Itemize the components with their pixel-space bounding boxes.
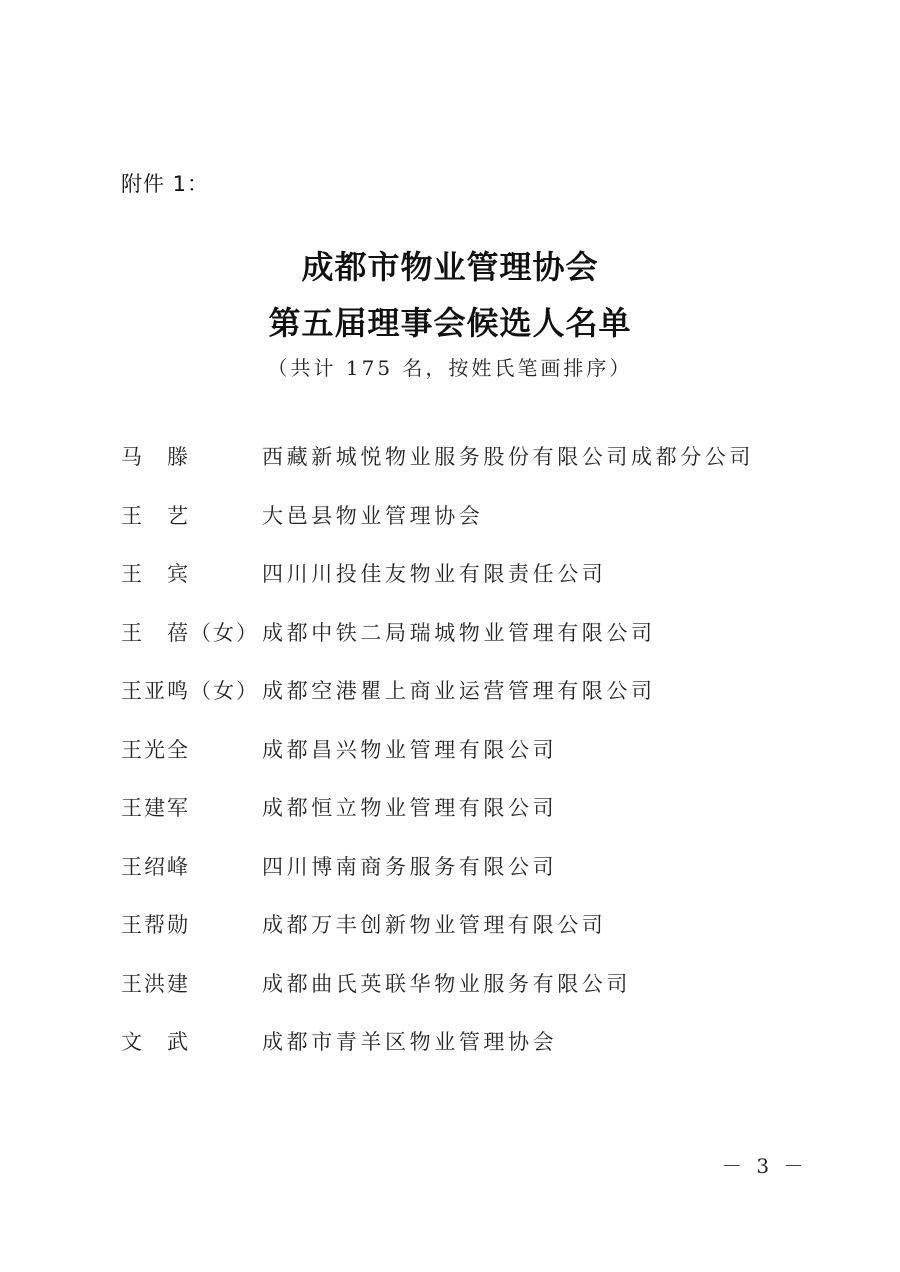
candidate-name: 文 武 <box>121 1026 190 1056</box>
candidate-row: 王 艺 大邑县物业管理协会 <box>121 500 821 559</box>
attachment-label: 附件 1： <box>121 168 209 198</box>
candidate-name: 王帮勋 <box>121 909 190 939</box>
candidate-row: 王 宾 四川川投佳友物业有限责任公司 <box>121 558 821 617</box>
candidate-name: 王绍峰 <box>121 851 190 881</box>
candidate-name: 王建军 <box>121 792 190 822</box>
candidate-name: 王 蓓（女） <box>121 617 259 647</box>
candidate-name: 王 艺 <box>121 500 190 530</box>
candidate-organization: 成都恒立物业管理有限公司 <box>262 792 557 822</box>
candidate-row: 王 蓓（女） 成都中铁二局瑞城物业管理有限公司 <box>121 617 821 676</box>
document-subtitle: （共计 175 名，按姓氏笔画排序） <box>0 352 900 381</box>
candidate-row: 王建军 成都恒立物业管理有限公司 <box>121 792 821 851</box>
candidate-organization: 大邑县物业管理协会 <box>262 500 483 530</box>
document-title-line1: 成都市物业管理协会 <box>0 242 900 288</box>
candidate-name: 王 宾 <box>121 558 190 588</box>
candidate-organization: 成都市青羊区物业管理协会 <box>262 1026 557 1056</box>
candidate-row: 文 武 成都市青羊区物业管理协会 <box>121 1026 821 1085</box>
candidate-list: 马 滕 西藏新城悦物业服务股份有限公司成都分公司 王 艺 大邑县物业管理协会 王… <box>121 441 821 1085</box>
candidate-row: 王绍峰 四川博南商务服务有限公司 <box>121 851 821 910</box>
candidate-organization: 成都万丰创新物业管理有限公司 <box>262 909 606 939</box>
candidate-organization: 西藏新城悦物业服务股份有限公司成都分公司 <box>262 441 754 471</box>
candidate-name: 王光全 <box>121 734 190 764</box>
candidate-row: 王洪建 成都曲氏英联华物业服务有限公司 <box>121 968 821 1027</box>
candidate-organization: 成都昌兴物业管理有限公司 <box>262 734 557 764</box>
page-number: － 3 － <box>722 1150 807 1179</box>
candidate-organization: 成都空港瞿上商业运营管理有限公司 <box>262 675 656 705</box>
candidate-row: 王光全 成都昌兴物业管理有限公司 <box>121 734 821 793</box>
candidate-row: 马 滕 西藏新城悦物业服务股份有限公司成都分公司 <box>121 441 821 500</box>
candidate-name: 王洪建 <box>121 968 190 998</box>
candidate-organization: 四川川投佳友物业有限责任公司 <box>262 558 606 588</box>
candidate-organization: 成都中铁二局瑞城物业管理有限公司 <box>262 617 656 647</box>
candidate-row: 王亚鸣（女） 成都空港瞿上商业运营管理有限公司 <box>121 675 821 734</box>
candidate-organization: 四川博南商务服务有限公司 <box>262 851 557 881</box>
candidate-organization: 成都曲氏英联华物业服务有限公司 <box>262 968 631 998</box>
candidate-name: 王亚鸣（女） <box>121 675 259 705</box>
document-title-line2: 第五届理事会候选人名单 <box>0 298 900 344</box>
candidate-name: 马 滕 <box>121 441 190 471</box>
candidate-row: 王帮勋 成都万丰创新物业管理有限公司 <box>121 909 821 968</box>
